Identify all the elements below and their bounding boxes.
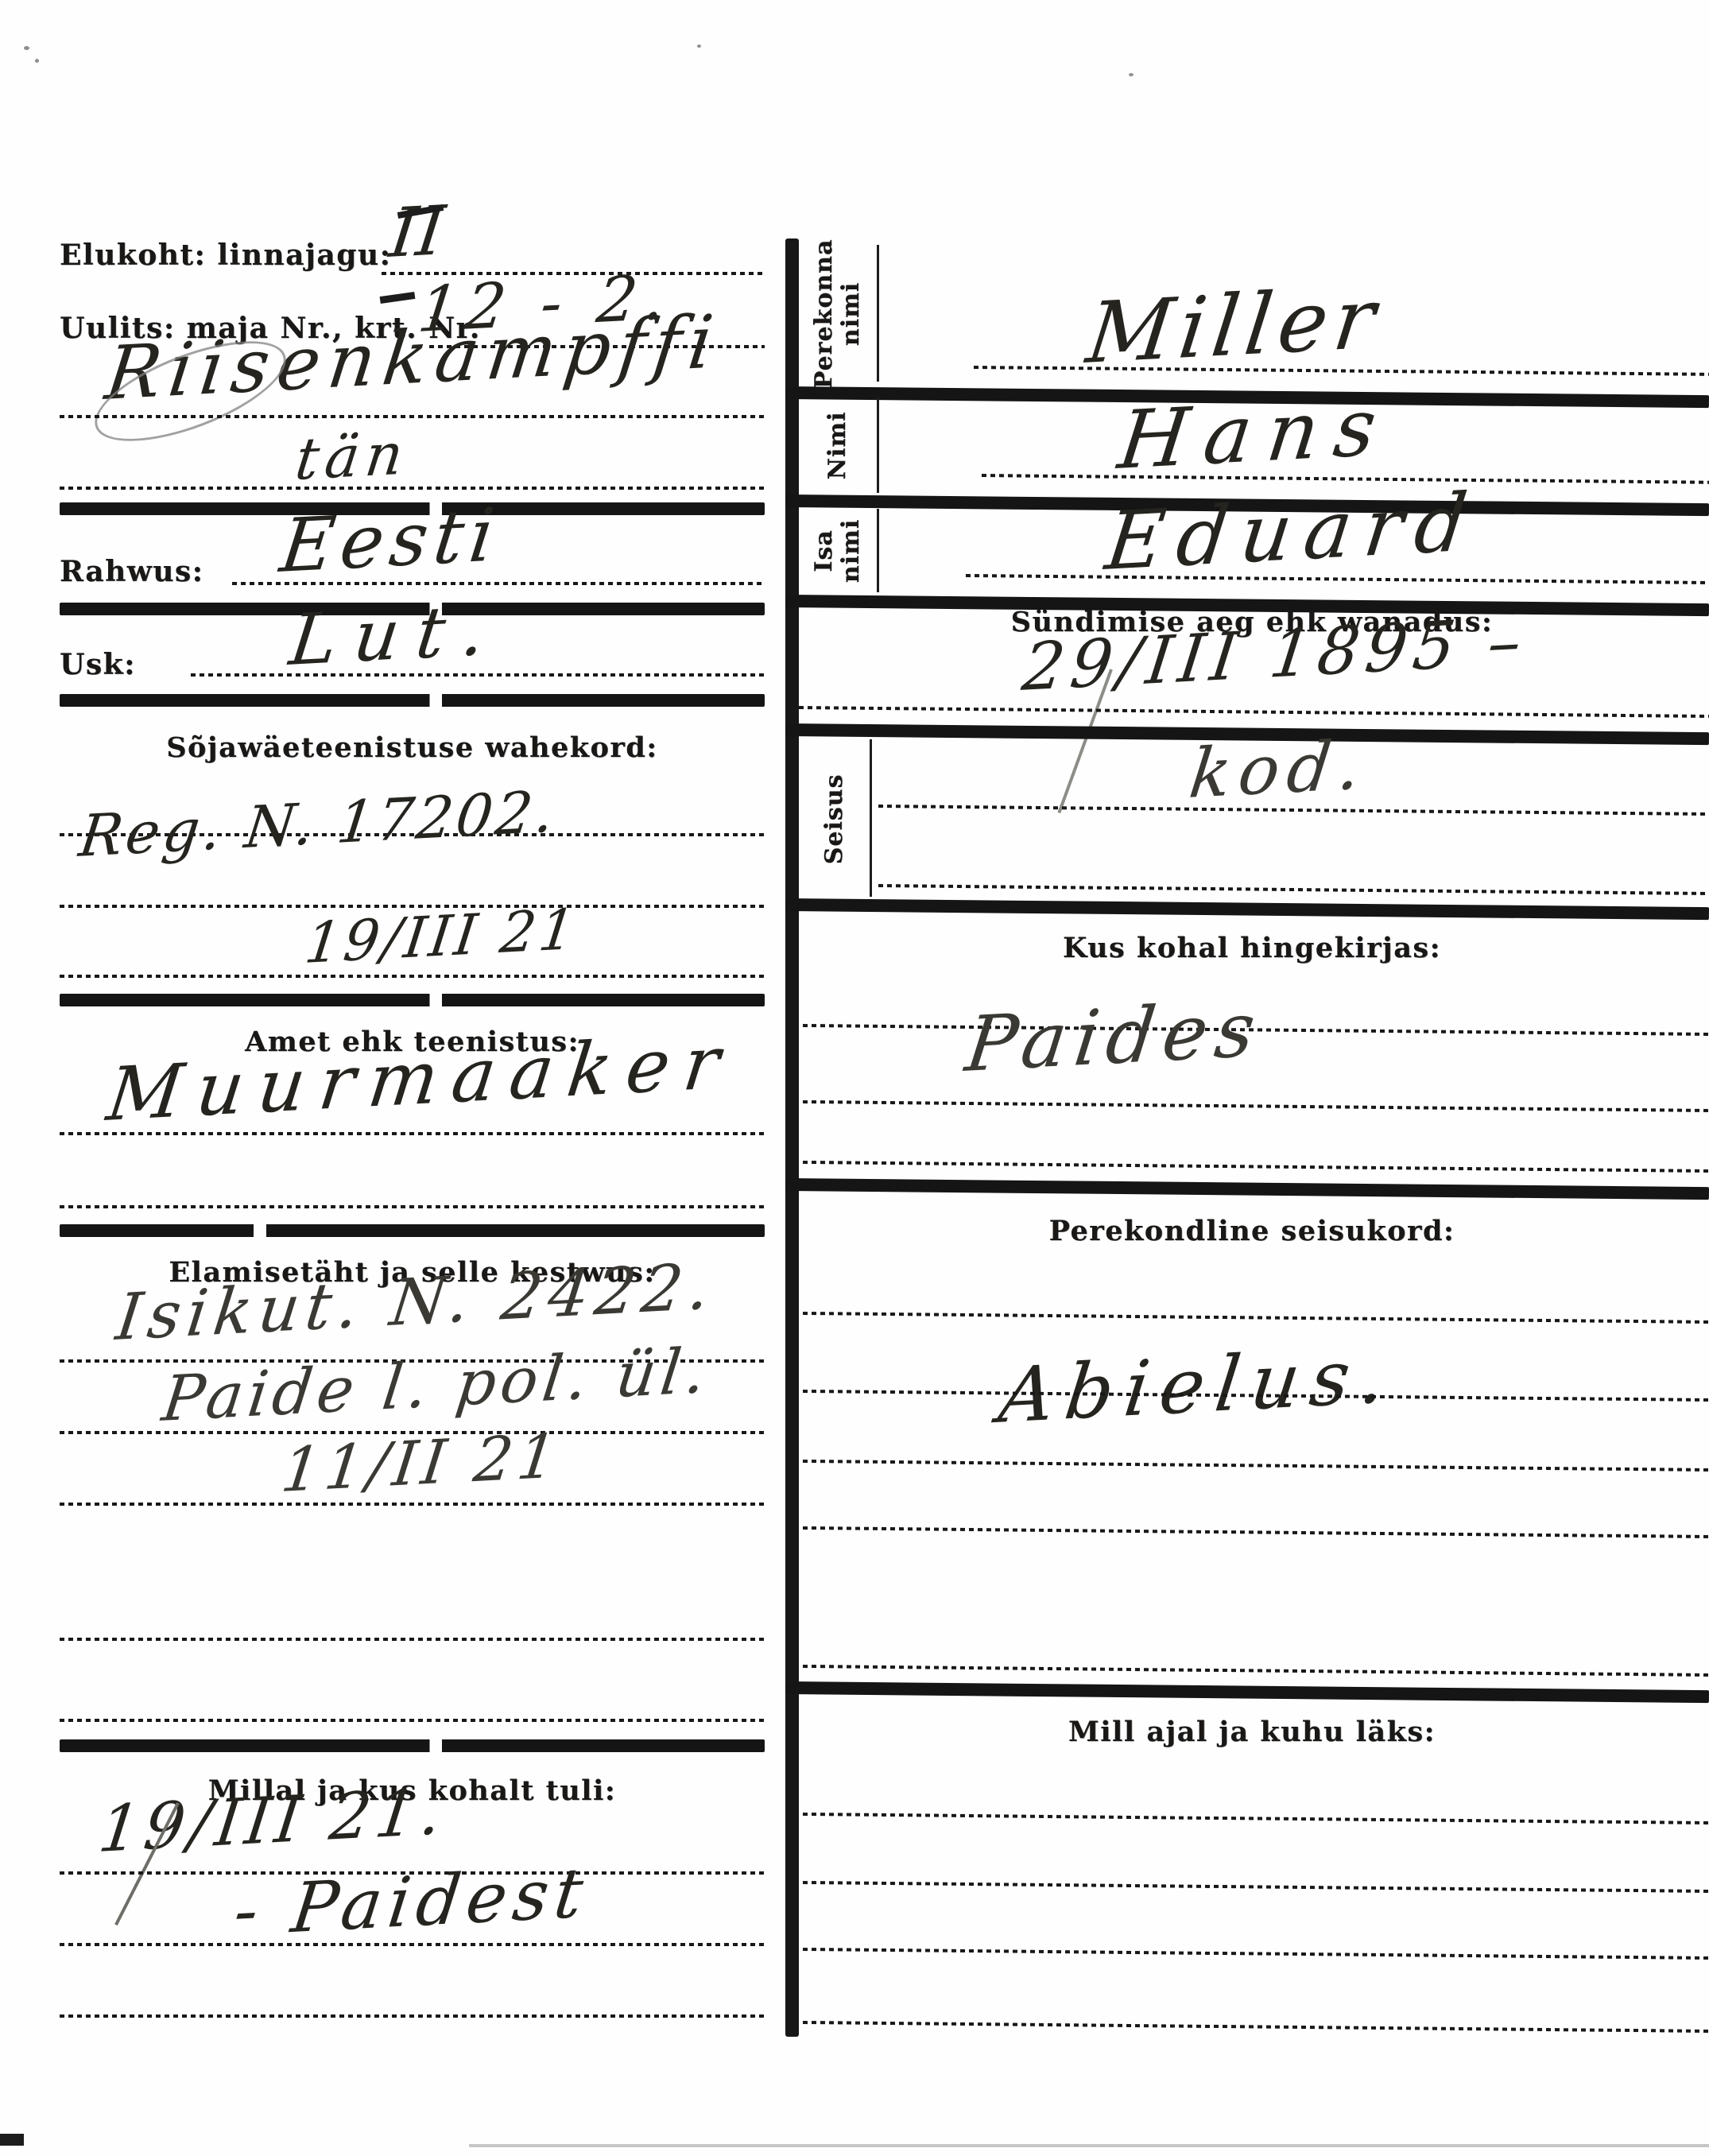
paper-speck [1129,73,1134,76]
pen-stroke [380,292,416,304]
surname-label-rotated: Perekonna nimi [801,242,874,386]
dotted-writing-line [60,1205,765,1208]
dotted-writing-line [803,1813,1709,1824]
marital-value-handwritten: Abielus. [995,1338,1401,1435]
firstname-value-handwritten: Hans [1114,386,1396,481]
dotted-writing-line [60,1503,765,1506]
arrival-date-handwritten: 19/III 21. [95,1780,450,1862]
nationality-value-handwritten: Eesti [277,498,504,584]
firstname-label-rotated: Nimi [801,396,874,495]
military-date-handwritten: 19/III 21 [302,902,581,971]
dotted-writing-line [803,1460,1709,1472]
dotted-writing-line [803,1881,1709,1893]
status-label-text: Seisus [801,738,868,901]
residence-label: Elukoht: linnajagu: [60,238,391,272]
dotted-writing-line [60,415,765,418]
arrival-place-handwritten: - Paidest [231,1859,593,1946]
dotted-writing-line [803,2021,1709,2033]
military-section-header: Sõjawäeteenistuse wahekord: [60,731,765,764]
permit-issuer-handwritten: Paide l. pol. ül. [159,1340,714,1431]
paper-speck [35,59,39,63]
paper-speck [24,46,29,50]
military-reg-number-handwritten: Reg. N. 17202. [76,782,560,865]
status-label-rotated: Seisus [801,738,868,901]
father-name-label-rotated: Isa nimi [801,507,874,595]
thick-rule [60,994,765,1006]
dotted-writing-line [60,2014,765,2018]
thick-rule [60,1224,765,1237]
dotted-writing-line [799,706,1709,718]
status-value-handwritten: kod. [1186,731,1372,808]
dotted-writing-line [60,1638,765,1641]
surname-label-text: Perekonna nimi [801,242,874,386]
permit-date-handwritten: 11/II 21 [278,1425,564,1501]
marital-section-header: Perekondline seisukord: [795,1215,1709,1247]
dotted-writing-line [878,884,1709,895]
scan-edge-line [469,2144,1709,2147]
dotted-writing-line [191,673,765,677]
scan-edge-mark [0,2134,24,2146]
paper-speck [697,45,701,48]
street-name-line2-handwritten: tän [293,425,413,488]
dotted-writing-line [803,1948,1709,1960]
thick-rule [785,1681,1709,1703]
dotted-writing-line [60,1943,765,1946]
dotted-writing-line [60,975,765,978]
dotted-writing-line [803,1526,1709,1538]
father-name-label-text: Isa nimi [801,507,874,595]
label-separator-line [877,509,879,592]
label-separator-line [877,245,879,382]
dotted-writing-line [60,487,765,490]
dotted-writing-line [803,1161,1709,1173]
firstname-label-text: Nimi [801,396,874,495]
column-divider-line [785,238,799,2037]
population-register-card: Elukoht: linnajagu: II Uulits: maja Nr.,… [0,0,1709,2156]
thick-rule [60,694,765,707]
religion-label: Usk: [60,648,136,681]
label-separator-line [877,397,879,493]
thick-rule [60,1739,765,1752]
dotted-writing-line [60,1719,765,1722]
dotted-writing-line [803,1312,1709,1324]
thick-rule [785,898,1709,920]
thick-rule [785,1178,1709,1200]
label-separator-line [870,739,872,897]
religion-value-handwritten: Lut. [286,594,506,676]
surname-value-handwritten: Miller [1083,277,1385,376]
dotted-writing-line [803,1665,1709,1677]
dotted-writing-line [60,1132,765,1135]
registered-section-header: Kus kohal hingekirjas: [795,932,1709,964]
departure-section-header: Mill ajal ja kuhu läks: [795,1716,1709,1748]
dotted-writing-line [803,1100,1709,1112]
registered-value-handwritten: Paides [962,992,1267,1084]
nationality-label: Rahwus: [60,555,203,588]
father-name-value-handwritten: Eduard [1102,483,1484,582]
